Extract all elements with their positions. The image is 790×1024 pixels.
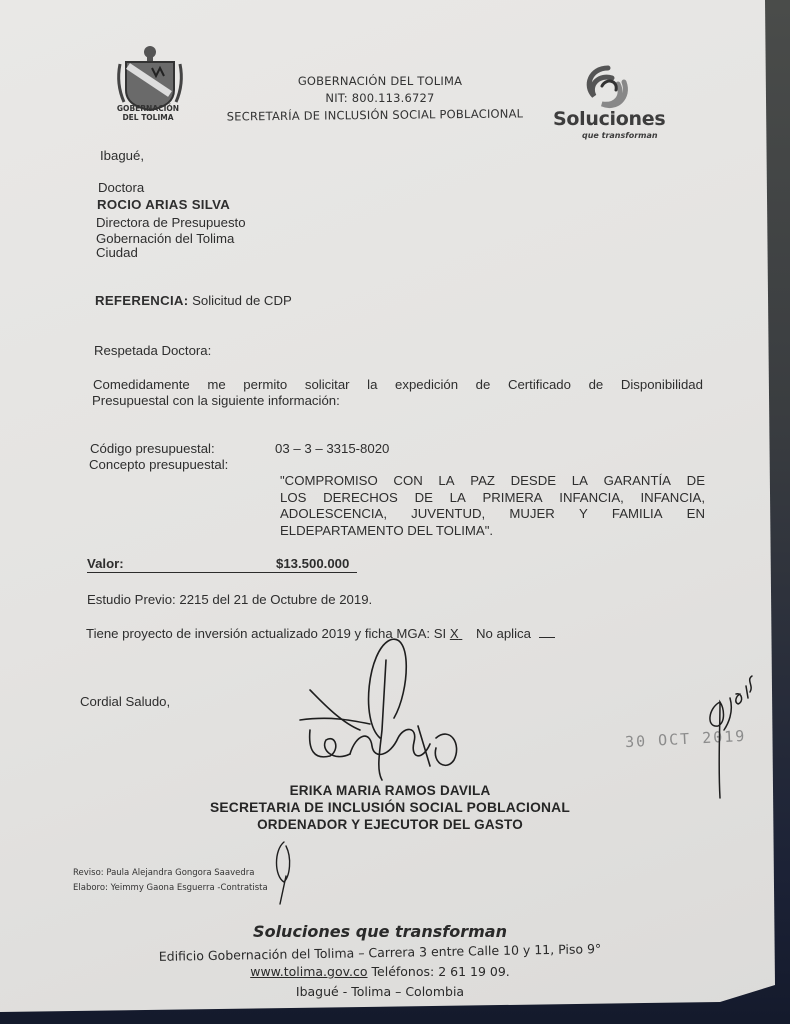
word: ADOLESCENCIA, bbox=[280, 506, 387, 523]
word: FAMILIA bbox=[612, 506, 663, 523]
place-line: Ibagué, bbox=[100, 148, 144, 163]
codigo-label: Código presupuestal: bbox=[90, 441, 215, 456]
word: PRIMERA bbox=[482, 490, 542, 507]
word: Disponibilidad bbox=[621, 377, 703, 392]
word: Certificado bbox=[508, 377, 571, 392]
credit-reviso: Reviso: Paula Alejandra Gongora Saavedra bbox=[73, 868, 254, 878]
word: GARANTÍA bbox=[604, 473, 671, 490]
word: DE bbox=[687, 473, 705, 490]
word: DERECHOS bbox=[323, 490, 398, 507]
org-nit: NIT: 800.113.6727 bbox=[260, 91, 500, 105]
word: la bbox=[367, 377, 377, 392]
proyecto-no-label: No aplica bbox=[476, 626, 531, 641]
credit-elaboro: Elaboro: Yeimmy Gaona Esguerra -Contrati… bbox=[73, 883, 268, 893]
concepto-line: ADOLESCENCIA,JUVENTUD,MUJERYFAMILIAEN bbox=[280, 506, 705, 523]
reference-line: REFERENCIA: Solicitud de CDP bbox=[95, 293, 292, 308]
intro-paragraph-line-1: Comedidamentemepermitosolicitarlaexpedic… bbox=[93, 377, 703, 392]
recipient-name: ROCIO ARIAS SILVA bbox=[97, 197, 230, 212]
concepto-value: "COMPROMISOCONLAPAZDESDELAGARANTÍADELOSD… bbox=[280, 473, 705, 539]
footer-slogan: Soluciones que transforman bbox=[140, 922, 620, 941]
word: CON bbox=[393, 473, 422, 490]
word: expedición bbox=[395, 377, 458, 392]
handwritten-received-mark bbox=[690, 672, 760, 802]
word: LA bbox=[450, 490, 466, 507]
word: Y bbox=[579, 506, 588, 523]
valor-value: $13.500.000 bbox=[276, 556, 349, 571]
word: INFANCIA, bbox=[641, 490, 705, 507]
concepto-label: Concepto presupuestal: bbox=[89, 457, 228, 472]
word: EN bbox=[687, 506, 705, 523]
letter-page: GOBERNACIÓN DEL TOLIMA GOBERNACIÓN DEL T… bbox=[0, 0, 775, 1012]
crest-label: GOBERNACIÓN DEL TOLIMA bbox=[108, 104, 188, 122]
footer-contact: www.tolima.gov.co Teléfonos: 2 61 19 09. bbox=[140, 964, 620, 979]
signatory-role: ORDENADOR Y EJECUTOR DEL GASTO bbox=[180, 817, 600, 832]
word: Comedidamente bbox=[93, 377, 190, 392]
valor-label: Valor: bbox=[87, 556, 124, 571]
word: de bbox=[476, 377, 491, 392]
word: MUJER bbox=[509, 506, 554, 523]
handwritten-initials bbox=[270, 836, 310, 906]
signatory-name: ERIKA MARIA RAMOS DAVILA bbox=[180, 783, 600, 798]
greeting: Respetada Doctora: bbox=[94, 343, 211, 358]
recipient-entity: Gobernación del Tolima bbox=[96, 231, 234, 246]
word: ELDEPARTAMENTO DEL TOLIMA". bbox=[280, 523, 493, 538]
word: INFANCIA, bbox=[559, 490, 623, 507]
footer-website-link[interactable]: www.tolima.gov.co bbox=[250, 964, 367, 979]
word: me bbox=[207, 377, 225, 392]
reference-value: Solicitud de CDP bbox=[192, 293, 292, 308]
word: "COMPROMISO bbox=[280, 473, 378, 490]
word: LOS bbox=[280, 490, 306, 507]
handwritten-signature bbox=[290, 630, 470, 790]
brand-name: Soluciones bbox=[553, 108, 665, 130]
word: DESDE bbox=[511, 473, 556, 490]
word: PAZ bbox=[470, 473, 495, 490]
codigo-value: 03 – 3 – 3315-8020 bbox=[275, 441, 389, 456]
recipient-city: Ciudad bbox=[96, 245, 138, 260]
recipient-position: Directora de Presupuesto bbox=[96, 215, 246, 230]
word: LA bbox=[438, 473, 454, 490]
reference-label: REFERENCIA: bbox=[95, 293, 188, 308]
estudio-previo: Estudio Previo: 2215 del 21 de Octubre d… bbox=[87, 592, 372, 607]
footer-address: Edificio Gobernación del Tolima – Carrer… bbox=[140, 941, 620, 964]
proyecto-no-blank bbox=[539, 637, 555, 638]
org-name: GOBERNACIÓN DEL TOLIMA bbox=[260, 74, 500, 88]
intro-paragraph-line-2: Presupuestal con la siguiente informació… bbox=[92, 393, 340, 408]
recipient-title: Doctora bbox=[98, 180, 144, 195]
word: permito bbox=[243, 377, 287, 392]
word: LA bbox=[572, 473, 588, 490]
word: JUVENTUD, bbox=[411, 506, 485, 523]
footer-location: Ibagué - Tolima – Colombia bbox=[140, 984, 620, 999]
word: de bbox=[589, 377, 604, 392]
footer-phones: Teléfonos: 2 61 19 09. bbox=[372, 964, 510, 979]
brand-tagline: que transforman bbox=[582, 131, 658, 140]
org-department: SECRETARÍA DE INCLUSIÓN SOCIAL POBLACION… bbox=[225, 106, 525, 123]
concepto-line: ELDEPARTAMENTO DEL TOLIMA". bbox=[280, 523, 705, 540]
valor-row: Valor: $13.500.000 bbox=[87, 556, 357, 573]
signatory-title: SECRETARIA DE INCLUSIÓN SOCIAL POBLACION… bbox=[180, 800, 600, 815]
closing: Cordial Saludo, bbox=[80, 694, 170, 709]
concepto-line: LOSDERECHOSDELAPRIMERAINFANCIA,INFANCIA, bbox=[280, 490, 705, 507]
word: solicitar bbox=[305, 377, 350, 392]
word: DE bbox=[415, 490, 433, 507]
concepto-line: "COMPROMISOCONLAPAZDESDELAGARANTÍADE bbox=[280, 473, 705, 490]
